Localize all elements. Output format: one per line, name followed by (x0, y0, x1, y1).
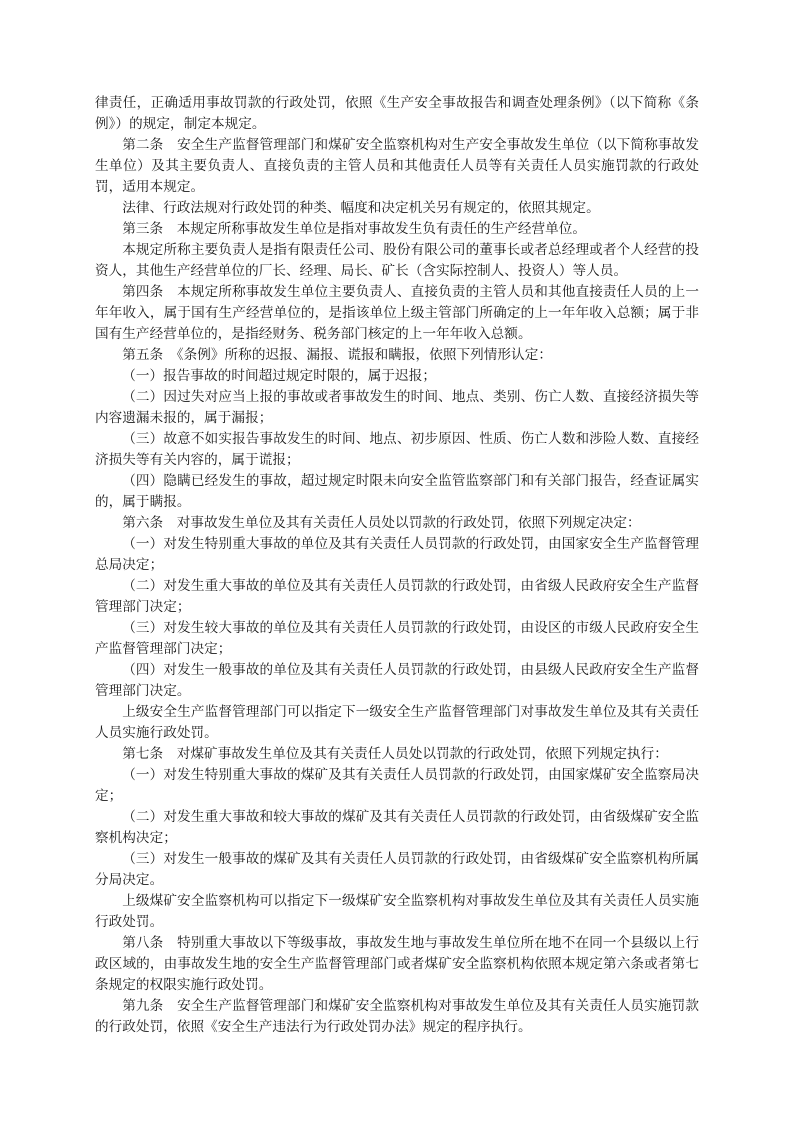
paragraph: （三）故意不如实报告事故发生的时间、地点、初步原因、性质、伤亡人数和涉险人数、直… (95, 428, 699, 470)
paragraph: 第六条 对事故发生单位及其有关责任人员处以罚款的行政处罚，依照下列规定决定： (95, 512, 699, 533)
paragraph: （一）对发生特别重大事故的煤矿及其有关责任人员罚款的行政处罚，由国家煤矿安全监察… (95, 764, 699, 806)
paragraph: （二）因过失对应当上报的事故或者事故发生的时间、地点、类别、伤亡人数、直接经济损… (95, 386, 699, 428)
paragraph: （三）对发生较大事故的单位及其有关责任人员罚款的行政处罚，由设区的市级人民政府安… (95, 617, 699, 659)
paragraph: 本规定所称主要负责人是指有限责任公司、股份有限公司的董事长或者总经理或者个人经营… (95, 239, 699, 281)
paragraph: （一）对发生特别重大事故的单位及其有关责任人员罚款的行政处罚，由国家安全生产监督… (95, 533, 699, 575)
paragraph: 第八条 特别重大事故以下等级事故，事故发生地与事故发生单位所在地不在同一个县级以… (95, 932, 699, 995)
paragraph: 第五条 《条例》所称的迟报、漏报、谎报和瞒报，依照下列情形认定： (95, 344, 699, 365)
paragraph: （三）对发生一般事故的煤矿及其有关责任人员罚款的行政处罚，由省级煤矿安全监察机构… (95, 848, 699, 890)
paragraph: （二）对发生重大事故和较大事故的煤矿及其有关责任人员罚款的行政处罚，由省级煤矿安… (95, 806, 699, 848)
paragraph: 上级安全生产监督管理部门可以指定下一级安全生产监督管理部门对事故发生单位及其有关… (95, 701, 699, 743)
paragraph: 第九条 安全生产监督管理部门和煤矿安全监察机构对事故发生单位及其有关责任人员实施… (95, 995, 699, 1037)
document-page: 律责任，正确适用事故罚款的行政处罚，依照《生产安全事故报告和调查处理条例》（以下… (0, 0, 793, 1122)
paragraph: （二）对发生重大事故的单位及其有关责任人员罚款的行政处罚，由省级人民政府安全生产… (95, 575, 699, 617)
paragraph: （四）隐瞒已经发生的事故，超过规定时限未向安全监管监察部门和有关部门报告，经查证… (95, 470, 699, 512)
paragraph: 律责任，正确适用事故罚款的行政处罚，依照《生产安全事故报告和调查处理条例》（以下… (95, 92, 699, 134)
document-text-block: 律责任，正确适用事故罚款的行政处罚，依照《生产安全事故报告和调查处理条例》（以下… (95, 92, 699, 1037)
paragraph: 第七条 对煤矿事故发生单位及其有关责任人员处以罚款的行政处罚，依照下列规定执行： (95, 743, 699, 764)
paragraph: 第三条 本规定所称事故发生单位是指对事故发生负有责任的生产经营单位。 (95, 218, 699, 239)
paragraph: （一）报告事故的时间超过规定时限的，属于迟报； (95, 365, 699, 386)
paragraph: 第二条 安全生产监督管理部门和煤矿安全监察机构对生产安全事故发生单位（以下简称事… (95, 134, 699, 197)
paragraph: （四）对发生一般事故的单位及其有关责任人员罚款的行政处罚，由县级人民政府安全生产… (95, 659, 699, 701)
paragraph: 第四条 本规定所称事故发生单位主要负责人、直接负责的主管人员和其他直接责任人员的… (95, 281, 699, 344)
paragraph: 法律、行政法规对行政处罚的种类、幅度和决定机关另有规定的，依照其规定。 (95, 197, 699, 218)
paragraph: 上级煤矿安全监察机构可以指定下一级煤矿安全监察机构对事故发生单位及其有关责任人员… (95, 890, 699, 932)
